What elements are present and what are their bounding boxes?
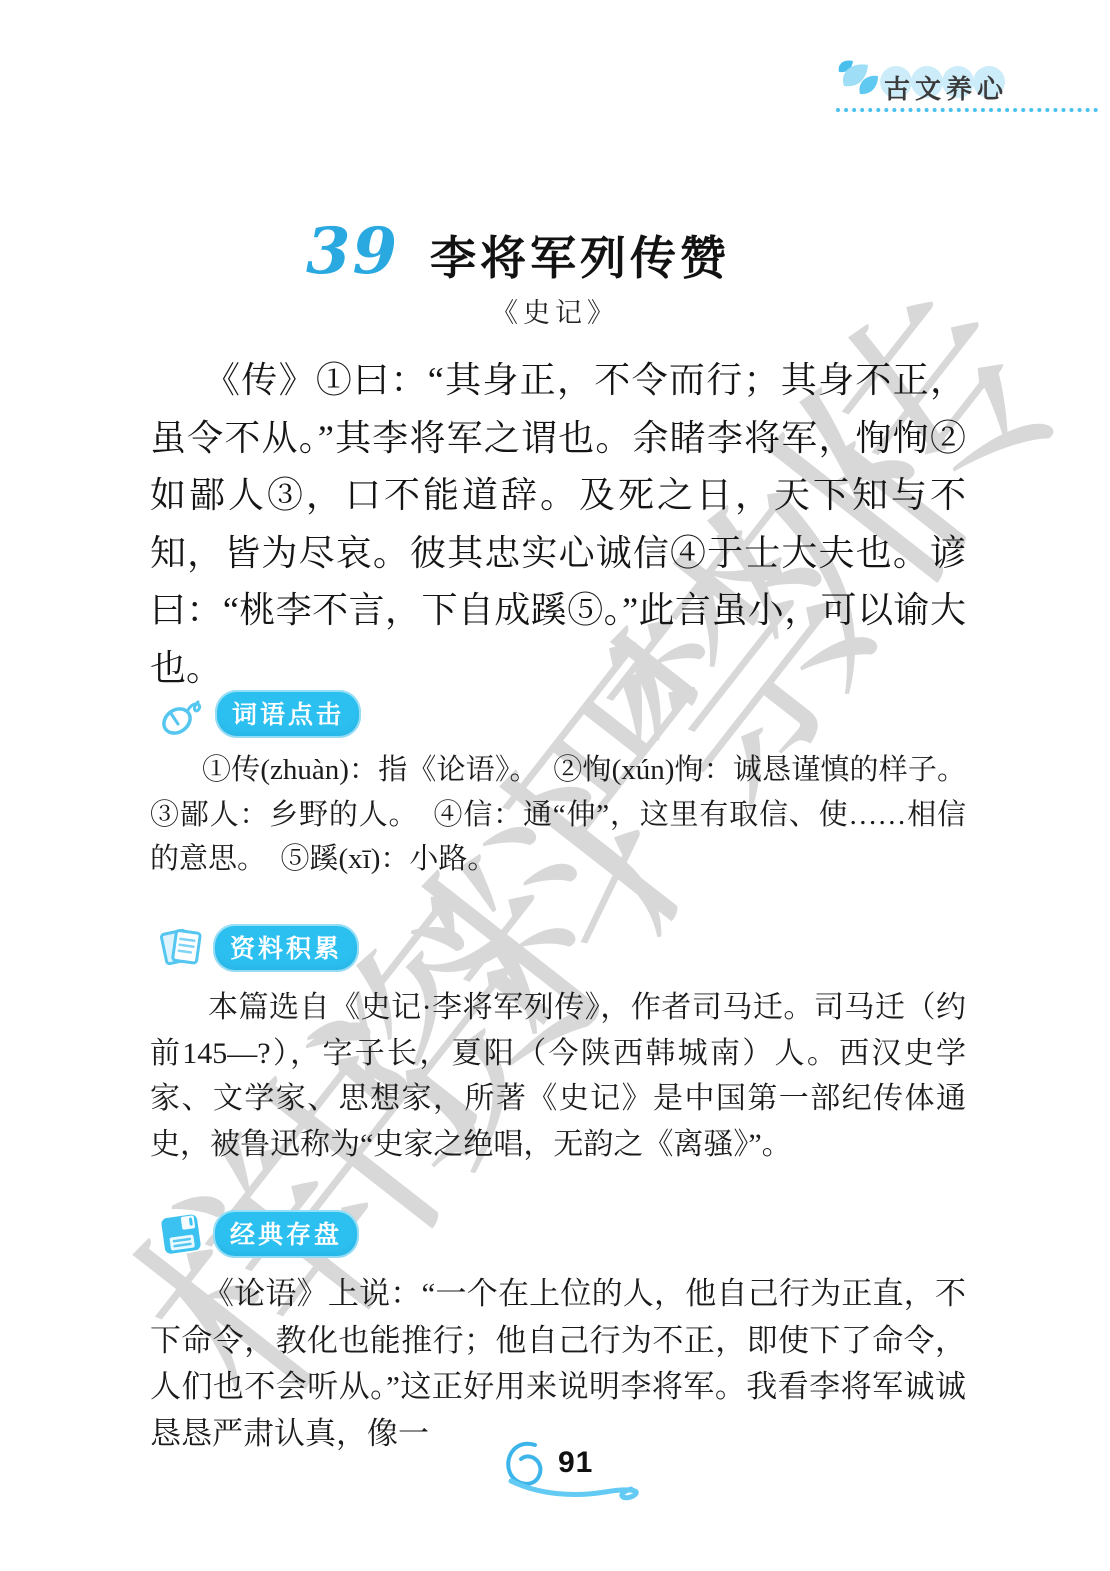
- lesson-title: 李将军列传赞: [430, 222, 730, 288]
- brand-title: 古文养心: [884, 69, 1008, 106]
- documents-icon: [158, 924, 206, 972]
- section-badge-label: 资料积累: [213, 924, 359, 972]
- lesson-number: 39: [306, 214, 399, 289]
- leaf-icon: [836, 58, 882, 104]
- materials-text: 本篇选自《史记·李将军列传》，作者司马迁。司马迁（约前145—?），字子长，夏阳…: [150, 985, 966, 1167]
- section-header-classics: 经典存盘: [158, 1210, 359, 1258]
- section-badge-label: 词语点击: [215, 690, 361, 738]
- classics-text: 《论语》上说：“一个在上位的人，他自己行为正直，不下命令，教化也能推行；他自己行…: [150, 1271, 966, 1457]
- section-header-materials: 资料积累: [158, 924, 359, 972]
- page-footer: 91: [495, 1437, 675, 1507]
- header-dotted-line: [836, 108, 1098, 112]
- floppy-icon: [158, 1210, 206, 1258]
- section-badge-label: 经典存盘: [213, 1210, 359, 1258]
- lesson-source: 《史记》: [0, 291, 1110, 330]
- page-number: 91: [558, 1446, 593, 1480]
- word-notes-text: ①传(zhuàn)：指《论语》。 ②恂(xún)恂：诚恳谨慎的样子。③鄙人：乡野…: [150, 748, 966, 882]
- page-header: 古文养心: [836, 58, 1098, 106]
- section-header-words: 词语点击: [158, 690, 361, 738]
- main-passage: 《传》①曰：“其身正，不令而行；其身不正，虽令不从。”其李将军之谓也。余睹李将军…: [150, 352, 966, 697]
- mouse-icon: [158, 692, 208, 738]
- textbook-page: 样书资料严禁外传 古文养心 39 李将军列传赞 《史记》 《传》①曰：“其身正，…: [0, 0, 1110, 1571]
